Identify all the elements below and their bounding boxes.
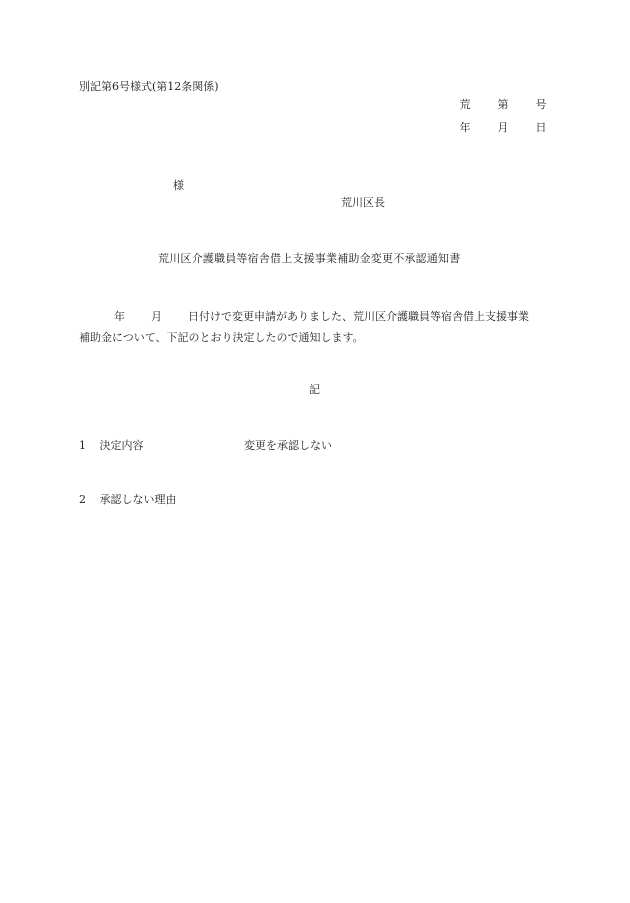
reference-date-row: 年 月 日	[458, 121, 548, 135]
body-month-label: 月	[151, 310, 162, 323]
reference-number-row: 荒 第 号	[458, 98, 548, 112]
ref-month: 月	[496, 121, 510, 135]
body-line-1: 年月日付けで変更申請がありました、荒川区介護職員等宿舎借上支援事業	[79, 306, 559, 327]
item-number: 2	[79, 493, 96, 507]
issuer-name: 荒川区長	[341, 196, 385, 210]
item-decision: 1 決定内容 変更を承認しない	[79, 439, 332, 453]
addressee-suffix: 様	[173, 179, 184, 193]
ref-prefix: 荒	[458, 98, 472, 112]
document-title: 荒川区介護職員等宿舎借上支援事業補助金変更不承認通知書	[158, 252, 460, 266]
item-label: 承認しない理由	[100, 493, 177, 506]
body-line-2: 補助金について、下記のとおり決定したので通知します。	[79, 327, 559, 348]
body-paragraph: 年月日付けで変更申請がありました、荒川区介護職員等宿舎借上支援事業 補助金につい…	[79, 306, 559, 348]
item-reason: 2 承認しない理由	[79, 493, 177, 507]
ref-go: 号	[534, 98, 548, 112]
item-value: 変更を承認しない	[244, 439, 332, 452]
ref-day: 日	[534, 121, 548, 135]
body-year-label: 年	[114, 310, 125, 323]
form-identifier: 別記第6号様式(第12条関係)	[79, 80, 219, 94]
ref-year: 年	[458, 121, 472, 135]
body-line-1-text: 日付けで変更申請がありました、荒川区介護職員等宿舎借上支援事業	[188, 310, 529, 323]
item-label: 決定内容	[100, 439, 241, 453]
note-mark: 記	[309, 383, 320, 397]
item-number: 1	[79, 439, 96, 453]
ref-dai: 第	[496, 98, 510, 112]
